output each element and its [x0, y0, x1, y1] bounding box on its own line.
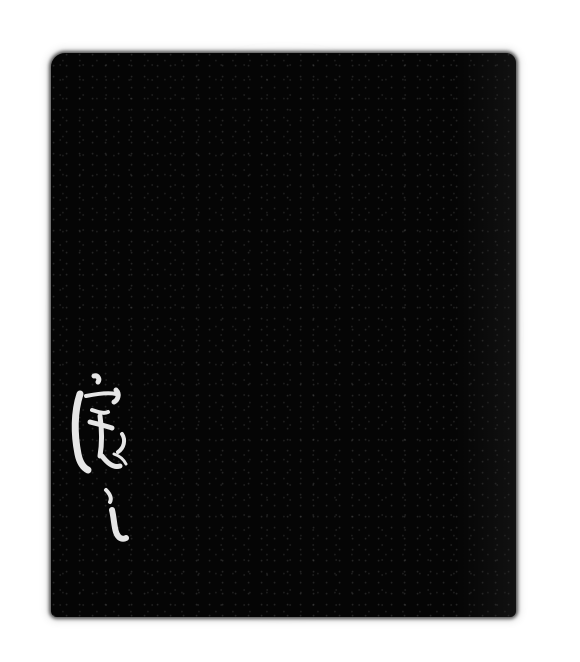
- calligraphy-inscription: [62, 372, 134, 550]
- calligraphy-glyphs: [62, 372, 134, 550]
